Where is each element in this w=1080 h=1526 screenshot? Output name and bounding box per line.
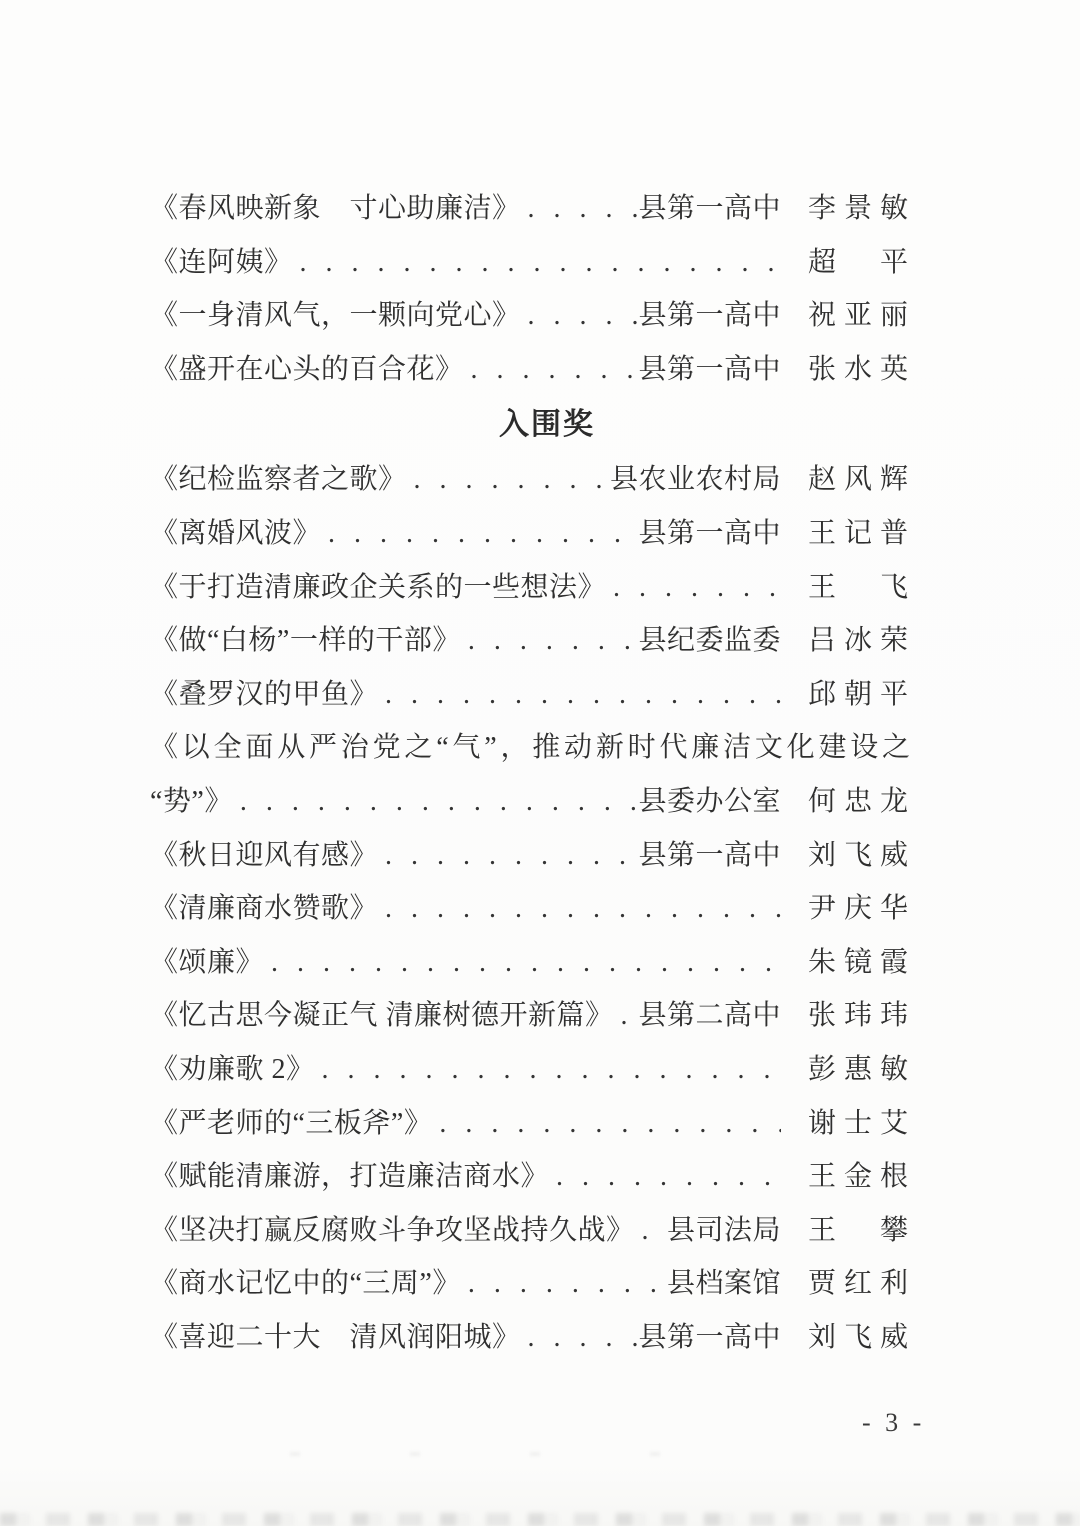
list-item: 《赋能清廉游，打造廉洁商水》 .........................… (150, 1150, 908, 1204)
list-item: 《秋日迎风有感》 ...............................… (150, 829, 908, 883)
list-item: 《劝廉歌 2》 ................................… (150, 1043, 908, 1097)
entry-organization: 县农业农村局 (610, 453, 781, 507)
dot-leader: ........................................ (614, 989, 639, 1043)
entry-title: 《喜迎二十大 清风润阳城》 (150, 1311, 521, 1365)
list-item: 《颂廉》 ...................................… (150, 936, 908, 990)
entry-organization: 县第一高中 (638, 829, 781, 883)
document-page: 《春风映新象 寸心助廉洁》 ..........................… (0, 0, 1080, 1526)
entry-author: 吕冰荣 (808, 614, 908, 668)
list-item: 《盛开在心头的百合花》 ............................… (150, 343, 908, 397)
entries-list: 《春风映新象 寸心助廉洁》 ..........................… (150, 182, 908, 1364)
list-item: 《一身清风气，一颗向党心》 ..........................… (150, 289, 908, 343)
entry-organization: 县委办公室 (638, 775, 781, 829)
dot-leader: ........................................ (432, 1097, 781, 1151)
scan-artifact (0, 1513, 1080, 1526)
entry-organization: 县第一高中 (638, 343, 781, 397)
dot-leader: ........................................ (407, 453, 610, 507)
entry-author: 尹庆华 (808, 882, 908, 936)
entry-organization: 县第二高中 (638, 989, 781, 1043)
entry-organization: 县第一高中 (638, 1311, 781, 1365)
dot-leader: ........................................ (461, 614, 639, 668)
list-item: 《离婚风波》 .................................… (150, 507, 908, 561)
entry-author: 赵风辉 (808, 453, 908, 507)
entry-author: 王 攀 (808, 1204, 908, 1258)
entry-title: 《赋能清廉游，打造廉洁商水》 (150, 1150, 549, 1204)
list-item: 《喜迎二十大 清风润阳城》 ..........................… (150, 1311, 908, 1365)
dot-leader: ........................................ (233, 775, 639, 829)
entry-title: 《叠罗汉的甲鱼》 (150, 668, 378, 722)
entry-title: 《劝廉歌 2》 (150, 1043, 315, 1097)
scan-artifact (290, 1452, 710, 1456)
list-item: 《连阿姨》 ..................................… (150, 236, 908, 290)
page-number: - 3 - (862, 1408, 925, 1438)
section-heading: 入围奖 (150, 396, 908, 453)
entry-author: 祝亚丽 (808, 289, 908, 343)
dot-leader: ........................................ (521, 289, 639, 343)
entry-title: 《春风映新象 寸心助廉洁》 (150, 182, 521, 236)
entry-organization: 县第一高中 (638, 289, 781, 343)
entry-author: 谢士艾 (808, 1097, 908, 1151)
entry-author: 邱朝平 (808, 668, 908, 722)
dot-leader: ........................................ (378, 882, 781, 936)
entry-author: 刘飞威 (808, 829, 908, 883)
dot-leader: ........................................ (521, 1311, 639, 1365)
list-item: 《清廉商水赞歌》 ...............................… (150, 882, 908, 936)
entry-author: 王记普 (808, 507, 908, 561)
list-item: 《严老师的“三板斧”》 ............................… (150, 1097, 908, 1151)
dot-leader: ........................................ (635, 1204, 667, 1258)
list-item: 《做“白杨”一样的干部》 ...........................… (150, 614, 908, 668)
entry-organization: 县纪委监委 (638, 614, 781, 668)
entry-author: 张水英 (808, 343, 908, 397)
entry-author: 李景敏 (808, 182, 908, 236)
list-item: 《商水记忆中的“三周”》 ...........................… (150, 1257, 908, 1311)
entry-title: 《连阿姨》 (150, 236, 293, 290)
list-item: 《春风映新象 寸心助廉洁》 ..........................… (150, 182, 908, 236)
entry-organization: 县第一高中 (638, 507, 781, 561)
entry-title: 《离婚风波》 (150, 507, 321, 561)
entry-author: 彭惠敏 (808, 1043, 908, 1097)
entry-organization: 县司法局 (667, 1204, 781, 1258)
entry-author: 刘飞威 (808, 1311, 908, 1365)
dot-leader: ........................................ (606, 561, 781, 615)
list-item: 《叠罗汉的甲鱼》 ...............................… (150, 668, 908, 722)
entry-author: 张玮玮 (808, 989, 908, 1043)
entry-title: 《颂廉》 (150, 936, 264, 990)
list-item: “势”》 ...................................… (150, 775, 908, 829)
entry-title: 《一身清风气，一颗向党心》 (150, 289, 521, 343)
entry-title: 《坚决打赢反腐败斗争攻坚战持久战》 (150, 1204, 635, 1258)
dot-leader: ........................................ (315, 1043, 781, 1097)
entry-author: 贾红利 (808, 1257, 908, 1311)
dot-leader: ........................................ (521, 182, 639, 236)
entry-title: 《盛开在心头的百合花》 (150, 343, 464, 397)
list-item: 《忆古思今凝正气 清廉树德开新篇》 ......................… (150, 989, 908, 1043)
entry-author: 王金根 (808, 1150, 908, 1204)
entry-organization: 县档案馆 (667, 1257, 781, 1311)
dot-leader: ........................................ (461, 1257, 667, 1311)
entry-author: 王 飞 (808, 561, 908, 615)
list-item: 《于打造清廉政企关系的一些想法》 .......................… (150, 561, 908, 615)
entry-title: 《严老师的“三板斧”》 (150, 1097, 432, 1151)
dot-leader: ........................................ (549, 1150, 781, 1204)
dot-leader: ........................................ (464, 343, 639, 397)
list-item: 《坚决打赢反腐败斗争攻坚战持久战》 ......................… (150, 1204, 908, 1258)
entry-title: 《忆古思今凝正气 清廉树德开新篇》 (150, 989, 614, 1043)
entry-author: 何忠龙 (808, 775, 908, 829)
entry-title: 《纪检监察者之歌》 (150, 453, 407, 507)
entry-title: 《商水记忆中的“三周”》 (150, 1257, 461, 1311)
dot-leader: ........................................ (293, 236, 781, 290)
entry-title: “势”》 (150, 775, 233, 829)
list-item: 《纪检监察者之歌》 ..............................… (150, 453, 908, 507)
entry-author: 超 平 (808, 236, 908, 290)
entry-title: 《于打造清廉政企关系的一些想法》 (150, 561, 606, 615)
entry-author: 朱镜霞 (808, 936, 908, 990)
dot-leader: ........................................ (378, 668, 781, 722)
entry-title-wrapped-line: 《以全面从严治党之“气”，推动新时代廉洁文化建设之 (150, 721, 908, 775)
entry-title: 《秋日迎风有感》 (150, 829, 378, 883)
dot-leader: ........................................ (321, 507, 638, 561)
entry-title: 《清廉商水赞歌》 (150, 882, 378, 936)
dot-leader: ........................................ (264, 936, 781, 990)
entry-title: 《做“白杨”一样的干部》 (150, 614, 461, 668)
entry-organization: 县第一高中 (638, 182, 781, 236)
dot-leader: ........................................ (378, 829, 638, 883)
